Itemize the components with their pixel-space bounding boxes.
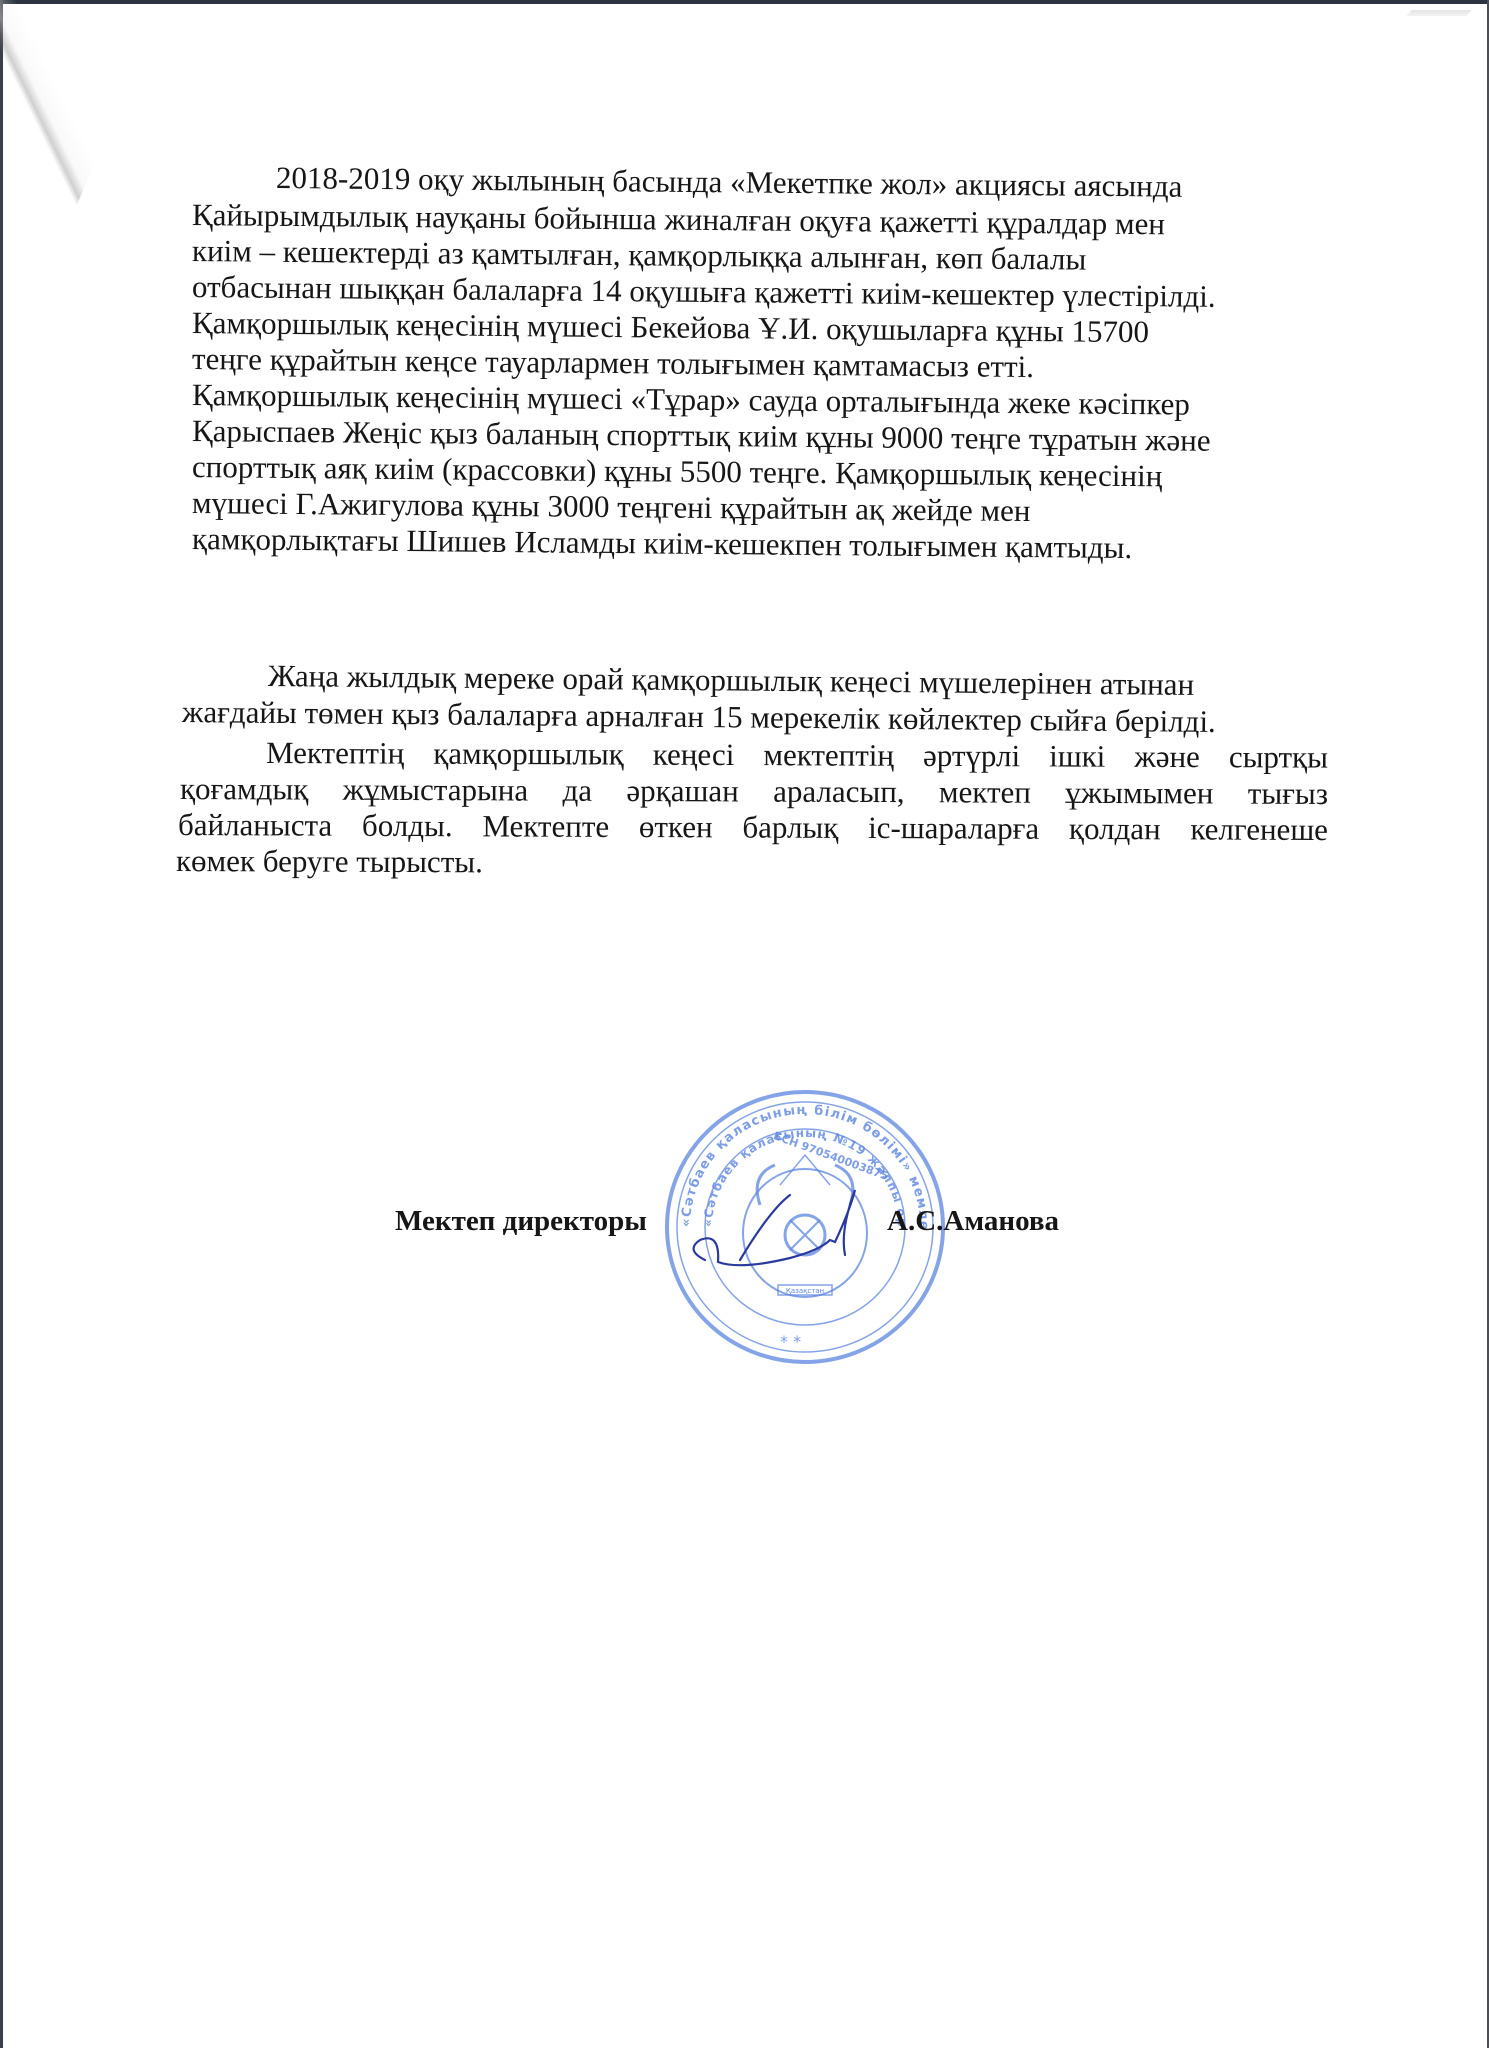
document-page: 2018-2019 оқу жылының басында «Мекетпке … <box>0 0 1489 2048</box>
signatory-title: Мектеп директоры <box>395 1205 647 1238</box>
signatory-name: А.С.Аманова <box>887 1205 1059 1238</box>
text-line: Мектептің қамқоршылық кеңесі мектептің ә… <box>266 735 1328 776</box>
text-line: көмек беруге тырысты. <box>176 843 483 880</box>
text-line: байланыста болды. Мектепте өткен барлық … <box>178 807 1328 848</box>
text-line: қоғамдық жұмыстарына да әрқашан араласып… <box>180 771 1328 812</box>
signature-block: Мектеп директоры А.С.Аманова <box>395 1195 1105 1255</box>
text-line: 2018-2019 оқу жылының басында «Мекетпке … <box>276 160 1183 205</box>
text-line: қамқорлықтағы Шишев Исламды киім-кешекпе… <box>192 521 1133 566</box>
svg-text:* *: * * <box>780 1332 801 1351</box>
